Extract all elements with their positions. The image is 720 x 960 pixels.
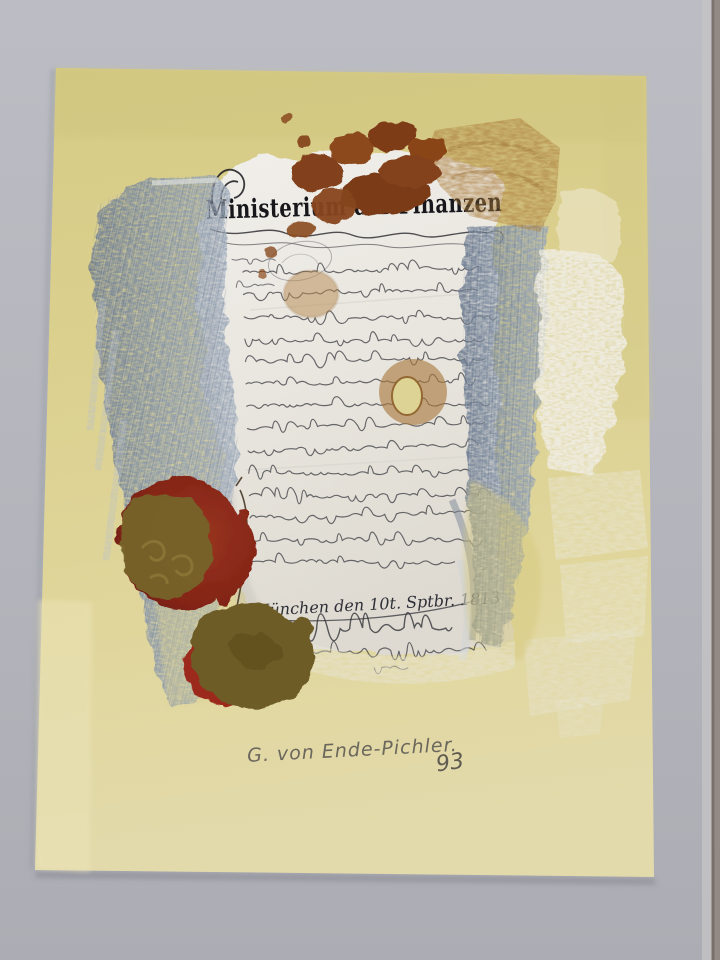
artwork-scene: Ministerium der Finanzen München den 10t… (0, 0, 720, 960)
signature-year: 93 (434, 749, 465, 778)
photo-of-artwork: Ministerium der Finanzen München den 10t… (0, 0, 720, 960)
wall-right-edge (702, 0, 720, 960)
stain-burn-hole (379, 359, 447, 425)
stain-top (284, 271, 338, 317)
leaf-olive-overlay (120, 494, 210, 598)
